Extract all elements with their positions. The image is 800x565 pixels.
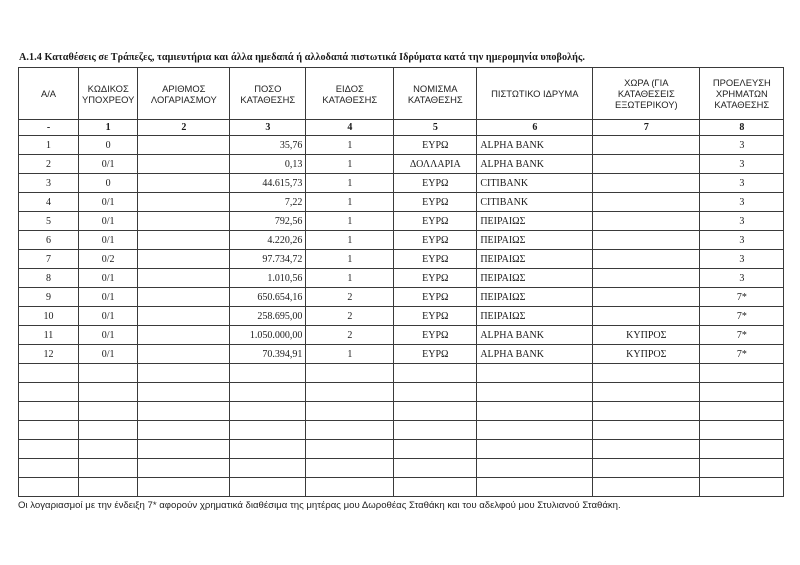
cell-aa bbox=[19, 383, 79, 402]
cell-deposit-type bbox=[306, 440, 394, 459]
cell-aa: 10 bbox=[19, 307, 79, 326]
cell-currency bbox=[394, 402, 477, 421]
table-row bbox=[19, 402, 784, 421]
cell-currency: ΕΥΡΩ bbox=[394, 269, 477, 288]
cell-aa: 3 bbox=[19, 174, 79, 193]
cell-deposit-type: 1 bbox=[306, 345, 394, 364]
cell-deposit-type: 2 bbox=[306, 288, 394, 307]
cell-account-number bbox=[138, 174, 230, 193]
table-row bbox=[19, 364, 784, 383]
cell-country bbox=[593, 269, 700, 288]
cell-credit-institution bbox=[477, 440, 593, 459]
cell-deposit-type: 1 bbox=[306, 250, 394, 269]
section-title: Α.1.4 Καταθέσεις σε Τράπεζες, ταμιευτήρι… bbox=[19, 52, 585, 63]
column-number: 4 bbox=[306, 120, 394, 136]
cell-credit-institution: ΠΕΙΡΑΙΩΣ bbox=[477, 307, 593, 326]
cell-account-number bbox=[138, 383, 230, 402]
cell-account-number bbox=[138, 440, 230, 459]
cell-country: ΚΥΠΡΟΣ bbox=[593, 345, 700, 364]
cell-aa bbox=[19, 402, 79, 421]
table-row: 70/297.734,721ΕΥΡΩΠΕΙΡΑΙΩΣ3 bbox=[19, 250, 784, 269]
cell-deposit-amount: 1.010,56 bbox=[230, 269, 306, 288]
cell-account-number bbox=[138, 478, 230, 497]
cell-obligor-code bbox=[79, 440, 138, 459]
header-credit-institution: ΠΙΣΤΩΤΙΚΟ ΙΔΡΥΜΑ bbox=[477, 68, 593, 120]
cell-currency: ΕΥΡΩ bbox=[394, 174, 477, 193]
cell-account-number bbox=[138, 155, 230, 174]
cell-deposit-type: 2 bbox=[306, 307, 394, 326]
cell-currency: ΕΥΡΩ bbox=[394, 288, 477, 307]
cell-aa: 9 bbox=[19, 288, 79, 307]
column-number-row: -12345678 bbox=[19, 120, 784, 136]
cell-obligor-code: 0/1 bbox=[79, 345, 138, 364]
cell-obligor-code: 0 bbox=[79, 136, 138, 155]
table-row bbox=[19, 459, 784, 478]
cell-deposit-amount: 792,56 bbox=[230, 212, 306, 231]
cell-aa: 6 bbox=[19, 231, 79, 250]
cell-aa bbox=[19, 459, 79, 478]
table-row: 1035,761ΕΥΡΩALPHA BANK3 bbox=[19, 136, 784, 155]
cell-account-number bbox=[138, 459, 230, 478]
cell-deposit-amount: 0,13 bbox=[230, 155, 306, 174]
cell-credit-institution: ΠΕΙΡΑΙΩΣ bbox=[477, 269, 593, 288]
table-row: 100/1258.695,002ΕΥΡΩΠΕΙΡΑΙΩΣ7* bbox=[19, 307, 784, 326]
cell-account-number bbox=[138, 288, 230, 307]
cell-country bbox=[593, 250, 700, 269]
cell-deposit-type: 1 bbox=[306, 155, 394, 174]
cell-aa: 1 bbox=[19, 136, 79, 155]
deposits-table: Α/ΑΚΩΔΙΚΟΣ ΥΠΟΧΡΕΟΥΑΡΙΘΜΟΣ ΛΟΓΑΡΙΑΣΜΟΥΠΟ… bbox=[18, 67, 784, 497]
column-number: 8 bbox=[700, 120, 784, 136]
cell-deposit-amount: 97.734,72 bbox=[230, 250, 306, 269]
cell-deposit-amount: 7,22 bbox=[230, 193, 306, 212]
header-account-number: ΑΡΙΘΜΟΣ ΛΟΓΑΡΙΑΣΜΟΥ bbox=[138, 68, 230, 120]
cell-account-number bbox=[138, 421, 230, 440]
cell-credit-institution: ALPHA BANK bbox=[477, 136, 593, 155]
cell-funds-origin: 3 bbox=[700, 231, 784, 250]
cell-deposit-type bbox=[306, 364, 394, 383]
cell-country bbox=[593, 459, 700, 478]
cell-country bbox=[593, 193, 700, 212]
cell-country: ΚΥΠΡΟΣ bbox=[593, 326, 700, 345]
table-row: 40/17,221ΕΥΡΩCITIBANK3 bbox=[19, 193, 784, 212]
cell-funds-origin: 7* bbox=[700, 307, 784, 326]
cell-credit-institution: ALPHA BANK bbox=[477, 345, 593, 364]
cell-credit-institution: CITIBANK bbox=[477, 193, 593, 212]
cell-credit-institution: ALPHA BANK bbox=[477, 155, 593, 174]
cell-country bbox=[593, 364, 700, 383]
header-aa: Α/Α bbox=[19, 68, 79, 120]
cell-funds-origin: 3 bbox=[700, 269, 784, 288]
cell-deposit-amount: 650.654,16 bbox=[230, 288, 306, 307]
cell-deposit-amount bbox=[230, 402, 306, 421]
cell-obligor-code: 0/1 bbox=[79, 288, 138, 307]
cell-country bbox=[593, 155, 700, 174]
cell-deposit-type: 1 bbox=[306, 231, 394, 250]
cell-deposit-amount: 1.050.000,00 bbox=[230, 326, 306, 345]
column-number: 5 bbox=[394, 120, 477, 136]
column-number: 3 bbox=[230, 120, 306, 136]
cell-account-number bbox=[138, 250, 230, 269]
cell-account-number bbox=[138, 364, 230, 383]
cell-funds-origin bbox=[700, 402, 784, 421]
table-row: 60/14.220,261ΕΥΡΩΠΕΙΡΑΙΩΣ3 bbox=[19, 231, 784, 250]
cell-funds-origin: 7* bbox=[700, 345, 784, 364]
cell-aa: 8 bbox=[19, 269, 79, 288]
cell-account-number bbox=[138, 269, 230, 288]
cell-credit-institution: CITIBANK bbox=[477, 174, 593, 193]
cell-obligor-code: 0/1 bbox=[79, 155, 138, 174]
header-deposit-type: ΕΙΔΟΣ ΚΑΤΑΘΕΣΗΣ bbox=[306, 68, 394, 120]
cell-currency bbox=[394, 364, 477, 383]
cell-deposit-type bbox=[306, 478, 394, 497]
cell-aa: 7 bbox=[19, 250, 79, 269]
cell-obligor-code: 0/1 bbox=[79, 307, 138, 326]
table-row: 20/10,131ΔΟΛΛΑΡΙΑALPHA BANK3 bbox=[19, 155, 784, 174]
cell-deposit-type: 1 bbox=[306, 174, 394, 193]
table-row bbox=[19, 478, 784, 497]
cell-obligor-code bbox=[79, 478, 138, 497]
cell-country bbox=[593, 440, 700, 459]
cell-deposit-type bbox=[306, 402, 394, 421]
cell-currency: ΕΥΡΩ bbox=[394, 231, 477, 250]
cell-country bbox=[593, 421, 700, 440]
cell-obligor-code: 0 bbox=[79, 174, 138, 193]
cell-obligor-code: 0/1 bbox=[79, 326, 138, 345]
cell-aa: 4 bbox=[19, 193, 79, 212]
cell-deposit-type bbox=[306, 421, 394, 440]
cell-country bbox=[593, 383, 700, 402]
cell-credit-institution bbox=[477, 459, 593, 478]
cell-account-number bbox=[138, 193, 230, 212]
cell-account-number bbox=[138, 345, 230, 364]
cell-deposit-amount bbox=[230, 364, 306, 383]
cell-deposit-type: 1 bbox=[306, 212, 394, 231]
cell-aa bbox=[19, 364, 79, 383]
cell-country bbox=[593, 212, 700, 231]
table-row: 80/11.010,561ΕΥΡΩΠΕΙΡΑΙΩΣ3 bbox=[19, 269, 784, 288]
column-number: 6 bbox=[477, 120, 593, 136]
cell-credit-institution: ΠΕΙΡΑΙΩΣ bbox=[477, 231, 593, 250]
cell-credit-institution bbox=[477, 421, 593, 440]
cell-credit-institution: ΠΕΙΡΑΙΩΣ bbox=[477, 288, 593, 307]
cell-currency: ΔΟΛΛΑΡΙΑ bbox=[394, 155, 477, 174]
cell-currency: ΕΥΡΩ bbox=[394, 193, 477, 212]
cell-deposit-type bbox=[306, 383, 394, 402]
cell-credit-institution bbox=[477, 402, 593, 421]
table-row: 110/11.050.000,002ΕΥΡΩALPHA BANKΚΥΠΡΟΣ7* bbox=[19, 326, 784, 345]
cell-obligor-code: 0/1 bbox=[79, 212, 138, 231]
cell-obligor-code: 0/1 bbox=[79, 269, 138, 288]
cell-currency: ΕΥΡΩ bbox=[394, 212, 477, 231]
cell-currency: ΕΥΡΩ bbox=[394, 345, 477, 364]
cell-deposit-type: 2 bbox=[306, 326, 394, 345]
cell-funds-origin bbox=[700, 478, 784, 497]
cell-funds-origin: 3 bbox=[700, 155, 784, 174]
cell-currency bbox=[394, 421, 477, 440]
column-number: 7 bbox=[593, 120, 700, 136]
cell-funds-origin: 3 bbox=[700, 193, 784, 212]
table-row bbox=[19, 383, 784, 402]
column-number: 2 bbox=[138, 120, 230, 136]
cell-aa: 5 bbox=[19, 212, 79, 231]
header-deposit-amount: ΠΟΣΟ ΚΑΤΑΘΕΣΗΣ bbox=[230, 68, 306, 120]
table-row: 120/170.394,911ΕΥΡΩALPHA BANKΚΥΠΡΟΣ7* bbox=[19, 345, 784, 364]
cell-deposit-amount bbox=[230, 421, 306, 440]
cell-funds-origin bbox=[700, 383, 784, 402]
header-currency: ΝΟΜΙΣΜΑ ΚΑΤΑΘΕΣΗΣ bbox=[394, 68, 477, 120]
cell-country bbox=[593, 174, 700, 193]
cell-obligor-code bbox=[79, 421, 138, 440]
cell-obligor-code bbox=[79, 459, 138, 478]
cell-aa: 11 bbox=[19, 326, 79, 345]
cell-funds-origin: 3 bbox=[700, 250, 784, 269]
table-row bbox=[19, 421, 784, 440]
column-number: - bbox=[19, 120, 79, 136]
cell-country bbox=[593, 231, 700, 250]
cell-aa bbox=[19, 478, 79, 497]
cell-funds-origin: 7* bbox=[700, 326, 784, 345]
cell-account-number bbox=[138, 307, 230, 326]
cell-deposit-amount: 35,76 bbox=[230, 136, 306, 155]
cell-funds-origin: 3 bbox=[700, 136, 784, 155]
cell-aa bbox=[19, 440, 79, 459]
cell-currency bbox=[394, 459, 477, 478]
cell-deposit-amount: 44.615,73 bbox=[230, 174, 306, 193]
cell-country bbox=[593, 288, 700, 307]
cell-obligor-code bbox=[79, 402, 138, 421]
table-row: 50/1792,561ΕΥΡΩΠΕΙΡΑΙΩΣ3 bbox=[19, 212, 784, 231]
cell-credit-institution bbox=[477, 478, 593, 497]
footnote: Οι λογαριασμοί με την ένδειξη 7* αφορούν… bbox=[18, 500, 621, 511]
cell-deposit-type: 1 bbox=[306, 193, 394, 212]
table-row bbox=[19, 440, 784, 459]
cell-deposit-amount: 4.220,26 bbox=[230, 231, 306, 250]
cell-deposit-amount bbox=[230, 383, 306, 402]
cell-funds-origin bbox=[700, 440, 784, 459]
cell-funds-origin bbox=[700, 421, 784, 440]
cell-deposit-amount bbox=[230, 478, 306, 497]
cell-currency bbox=[394, 383, 477, 402]
cell-funds-origin bbox=[700, 459, 784, 478]
cell-currency: ΕΥΡΩ bbox=[394, 326, 477, 345]
cell-funds-origin bbox=[700, 364, 784, 383]
table-row: 3044.615,731ΕΥΡΩCITIBANK3 bbox=[19, 174, 784, 193]
cell-credit-institution bbox=[477, 364, 593, 383]
cell-deposit-amount: 70.394,91 bbox=[230, 345, 306, 364]
column-number: 1 bbox=[79, 120, 138, 136]
cell-currency bbox=[394, 440, 477, 459]
cell-deposit-amount bbox=[230, 440, 306, 459]
cell-account-number bbox=[138, 136, 230, 155]
cell-funds-origin: 7* bbox=[700, 288, 784, 307]
cell-credit-institution: ΠΕΙΡΑΙΩΣ bbox=[477, 250, 593, 269]
cell-country bbox=[593, 478, 700, 497]
cell-funds-origin: 3 bbox=[700, 174, 784, 193]
cell-credit-institution: ΠΕΙΡΑΙΩΣ bbox=[477, 212, 593, 231]
table-row: 90/1650.654,162ΕΥΡΩΠΕΙΡΑΙΩΣ7* bbox=[19, 288, 784, 307]
cell-deposit-type bbox=[306, 459, 394, 478]
cell-obligor-code bbox=[79, 383, 138, 402]
cell-country bbox=[593, 402, 700, 421]
cell-deposit-type: 1 bbox=[306, 269, 394, 288]
cell-deposit-amount bbox=[230, 459, 306, 478]
header-obligor-code: ΚΩΔΙΚΟΣ ΥΠΟΧΡΕΟΥ bbox=[79, 68, 138, 120]
cell-country bbox=[593, 136, 700, 155]
cell-obligor-code: 0/1 bbox=[79, 231, 138, 250]
cell-account-number bbox=[138, 402, 230, 421]
cell-currency: ΕΥΡΩ bbox=[394, 307, 477, 326]
cell-account-number bbox=[138, 212, 230, 231]
cell-currency bbox=[394, 478, 477, 497]
cell-account-number bbox=[138, 326, 230, 345]
cell-funds-origin: 3 bbox=[700, 212, 784, 231]
cell-country bbox=[593, 307, 700, 326]
cell-aa: 12 bbox=[19, 345, 79, 364]
header-funds-origin: ΠΡΟΕΛΕΥΣΗ ΧΡΗΜΑΤΩΝ ΚΑΤΑΘΕΣΗΣ bbox=[700, 68, 784, 120]
cell-aa: 2 bbox=[19, 155, 79, 174]
cell-credit-institution bbox=[477, 383, 593, 402]
cell-credit-institution: ALPHA BANK bbox=[477, 326, 593, 345]
header-row: Α/ΑΚΩΔΙΚΟΣ ΥΠΟΧΡΕΟΥΑΡΙΘΜΟΣ ΛΟΓΑΡΙΑΣΜΟΥΠΟ… bbox=[19, 68, 784, 120]
cell-obligor-code: 0/2 bbox=[79, 250, 138, 269]
cell-account-number bbox=[138, 231, 230, 250]
cell-aa bbox=[19, 421, 79, 440]
cell-obligor-code: 0/1 bbox=[79, 193, 138, 212]
cell-deposit-amount: 258.695,00 bbox=[230, 307, 306, 326]
header-country: ΧΩΡΑ (ΓΙΑ ΚΑΤΑΘΕΣΕΙΣ ΕΞΩΤΕΡΙΚΟΥ) bbox=[593, 68, 700, 120]
cell-deposit-type: 1 bbox=[306, 136, 394, 155]
cell-currency: ΕΥΡΩ bbox=[394, 250, 477, 269]
cell-obligor-code bbox=[79, 364, 138, 383]
cell-currency: ΕΥΡΩ bbox=[394, 136, 477, 155]
